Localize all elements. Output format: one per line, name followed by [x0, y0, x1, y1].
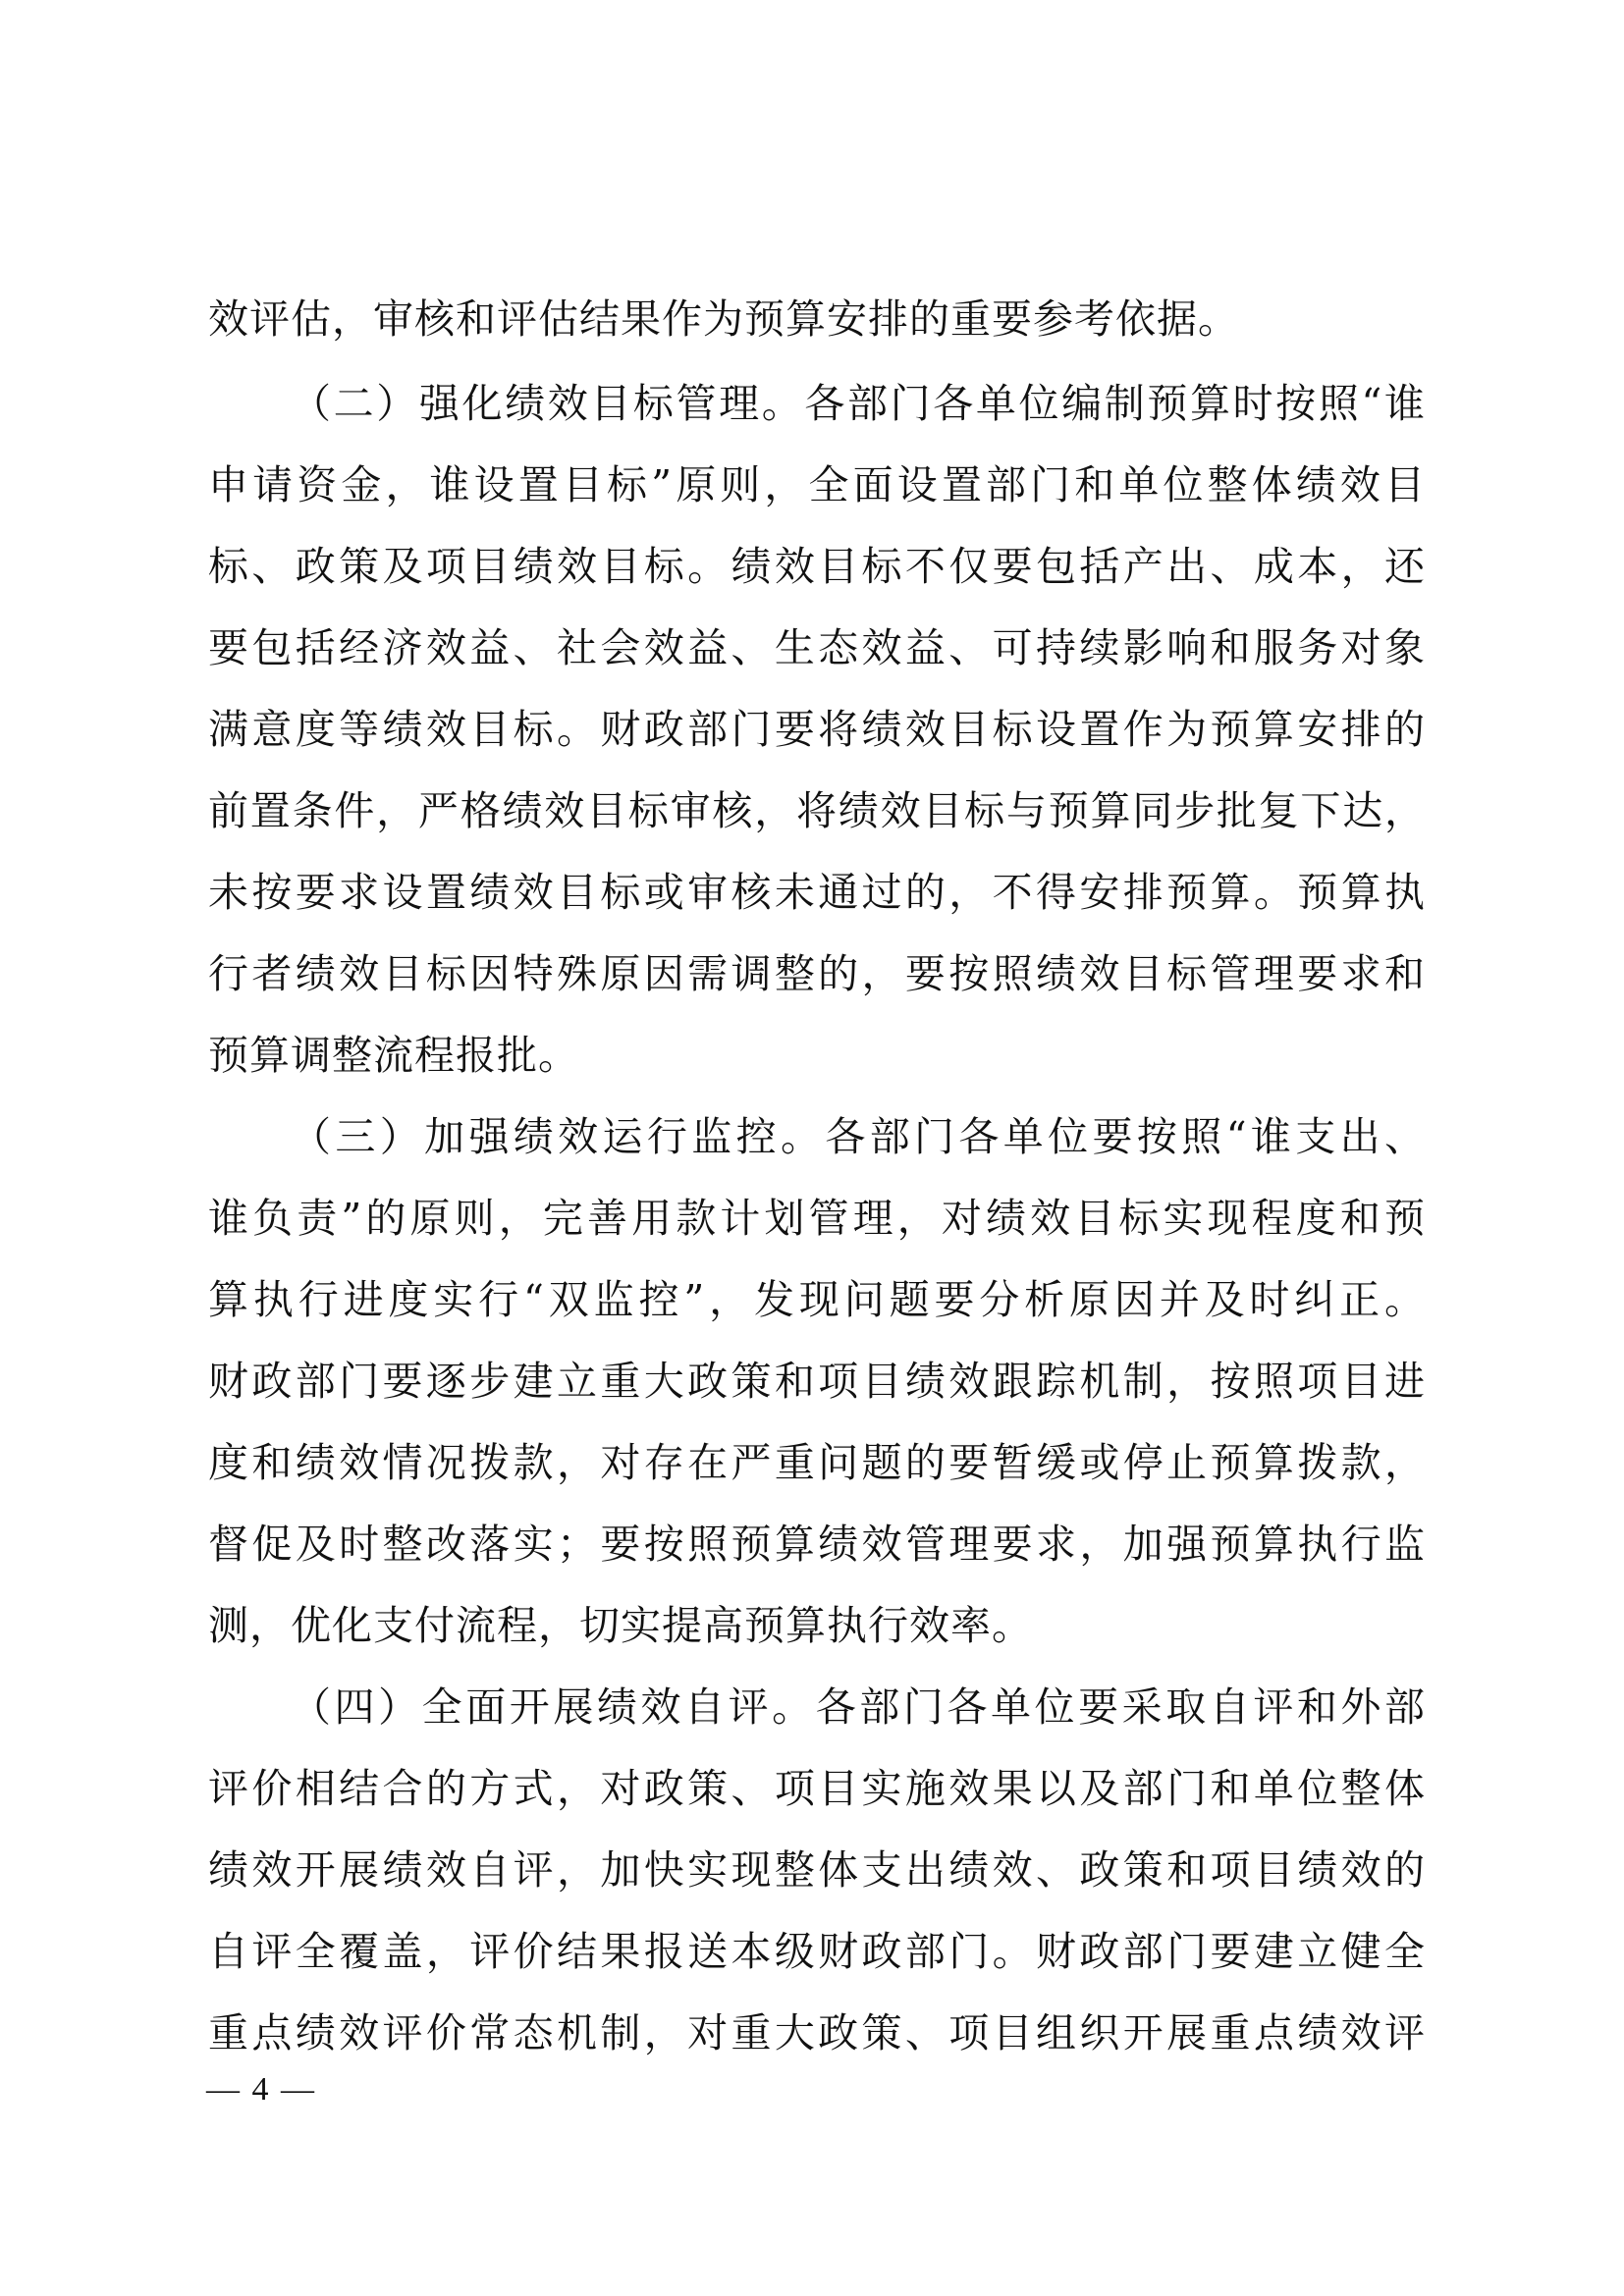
text-line: 算执行进度实行“双监控”，发现问题要分析原因并及时纠正。: [208, 1275, 1426, 1324]
text-line: 效评估，审核和评估结果作为预算安排的重要参考依据。: [208, 294, 1426, 344]
text-line: 重点绩效评价常态机制，对重大政策、项目组织开展重点绩效评: [208, 2008, 1426, 2057]
section-heading-line: （三）加强绩效运行监控。各部门各单位要按照“谁支出、: [291, 1112, 1426, 1161]
text-line: 自评全覆盖，评价结果报送本级财政部门。财政部门要建立健全: [208, 1927, 1426, 1976]
text-line: 评价相结合的方式，对政策、项目实施效果以及部门和单位整体: [208, 1764, 1426, 1813]
page-number: — 4 —: [206, 2071, 316, 2109]
text-line: 行者绩效目标因特殊原因需调整的，要按照绩效目标管理要求和: [208, 949, 1426, 998]
text-line: 度和绩效情况拨款，对存在严重问题的要暂缓或停止预算拨款，: [208, 1438, 1426, 1487]
text-line: 申请资金，谁设置目标”原则，全面设置部门和单位整体绩效目: [208, 460, 1426, 509]
text-line: 未按要求设置绩效目标或审核未通过的，不得安排预算。预算执: [208, 868, 1426, 917]
text-line: 满意度等绩效目标。财政部门要将绩效目标设置作为预算安排的: [208, 705, 1426, 754]
text-line: 标、政策及项目绩效目标。绩效目标不仅要包括产出、成本，还: [208, 542, 1426, 591]
document-page: 效评估，审核和评估结果作为预算安排的重要参考依据。 （二）强化绩效目标管理。各部…: [0, 0, 1624, 2296]
text-line: 要包括经济效益、社会效益、生态效益、可持续影响和服务对象: [208, 623, 1426, 672]
text-line: 谁负责”的原则，完善用款计划管理，对绩效目标实现程度和预: [208, 1194, 1426, 1243]
text-line: 前置条件，严格绩效目标审核，将绩效目标与预算同步批复下达，: [208, 786, 1426, 835]
text-line: 预算调整流程报批。: [208, 1031, 1426, 1080]
text-line: 财政部门要逐步建立重大政策和项目绩效跟踪机制，按照项目进: [208, 1357, 1426, 1406]
section-heading-line: （二）强化绩效目标管理。各部门各单位编制预算时按照“谁: [291, 379, 1426, 428]
text-line: 测，优化支付流程，切实提高预算执行效率。: [208, 1601, 1426, 1650]
text-line: 督促及时整改落实；要按照预算绩效管理要求，加强预算执行监: [208, 1520, 1426, 1569]
text-line: 绩效开展绩效自评，加快实现整体支出绩效、政策和项目绩效的: [208, 1845, 1426, 1895]
section-heading-line: （四）全面开展绩效自评。各部门各单位要采取自评和外部: [291, 1682, 1426, 1732]
